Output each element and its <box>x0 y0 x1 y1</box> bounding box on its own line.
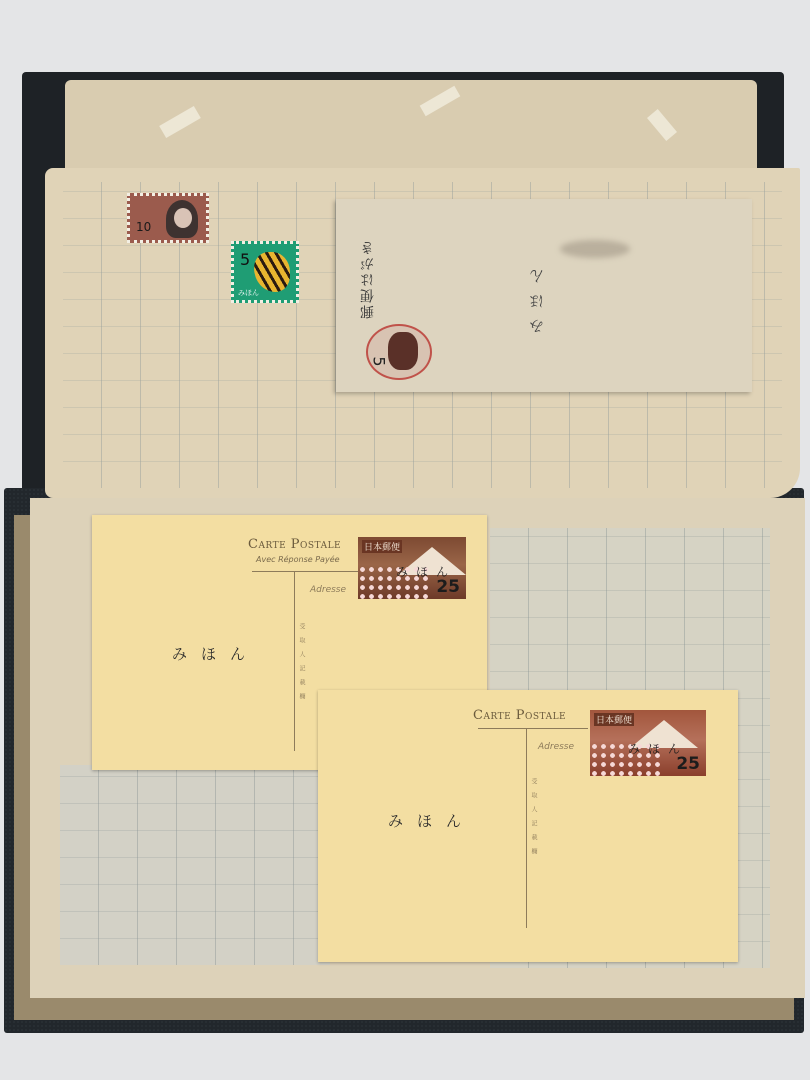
stamp-tiger[interactable]: 5 みほん <box>231 241 299 303</box>
divider <box>526 728 527 928</box>
postcard-subtitle: Avec Réponse Payée <box>256 555 340 564</box>
stamp-value: 10 <box>136 220 151 234</box>
recipient-label: 受取人記載欄 <box>297 623 306 707</box>
specimen-overprint: みほん <box>526 259 547 334</box>
new-year-postcard[interactable]: 郵便はがき みほん 5 <box>336 199 752 392</box>
specimen-overprint: みほん <box>172 643 259 664</box>
ledger-form-sheet <box>60 765 330 965</box>
imprint-country: 日本郵便 <box>362 540 402 553</box>
recipient-label: 受取人記載欄 <box>529 778 538 862</box>
stamp-overprint: みほん <box>238 288 259 298</box>
ledger-grid <box>60 765 330 965</box>
fuji-imprint-stamp: 日本郵便 みほん 25 <box>590 710 706 776</box>
fuji-imprint-stamp: 日本郵便 みほん 25 <box>358 537 466 599</box>
face-detail <box>174 208 192 228</box>
divider <box>294 571 295 751</box>
tiger-icon <box>254 252 290 292</box>
postcard-title: Carte Postale <box>473 708 566 723</box>
divider <box>478 728 588 729</box>
postcard[interactable]: Carte Postale Adresse 受取人記載欄 みほん 日本郵便 みほ… <box>318 690 738 962</box>
circular-imprint-stamp: 5 <box>366 324 432 380</box>
imprint-value: 25 <box>676 754 700 774</box>
address-label: Adresse <box>310 585 346 595</box>
imprint-value: 5 <box>370 356 389 366</box>
imprint-value: 25 <box>436 577 460 597</box>
address-label: Adresse <box>538 742 574 752</box>
stain <box>560 240 630 258</box>
postcard-title: Carte Postale <box>248 537 341 552</box>
figures-icon <box>388 332 418 370</box>
imprint-country: 日本郵便 <box>594 713 634 726</box>
postcard-vertical-title: 郵便はがき <box>358 239 378 319</box>
stamp-hooded-figure[interactable]: 10 <box>127 193 209 243</box>
specimen-overprint: みほん <box>388 810 475 831</box>
stamp-value: 5 <box>240 250 250 269</box>
divider <box>252 571 362 572</box>
